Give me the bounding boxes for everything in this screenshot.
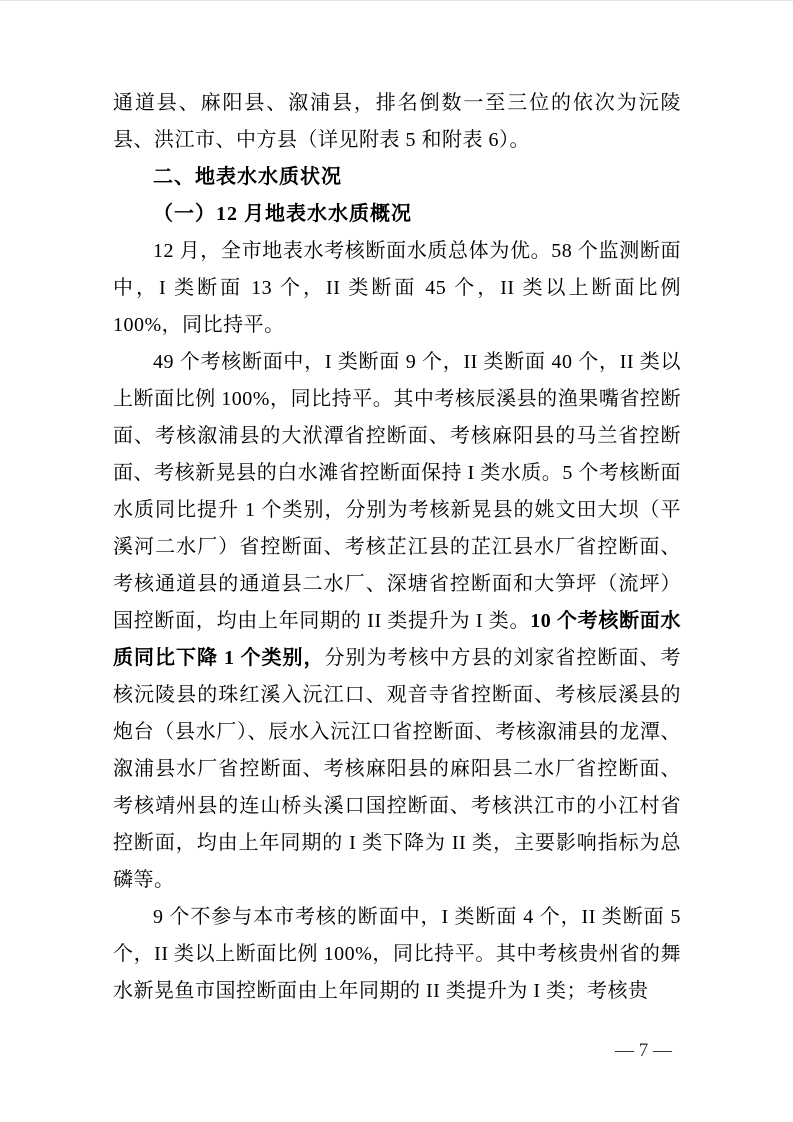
page-footer: — 7 —	[0, 1037, 672, 1065]
text-run: 9 个不参与本市考核的断面中，I 类断面 4 个，II 类断面 5 个，II 类…	[113, 906, 681, 1002]
bold-text-run: 二、地表水水质状况	[153, 166, 342, 188]
text-run: 49 个考核断面中，I 类断面 9 个，II 类断面 40 个，II 类以上断面…	[113, 351, 681, 632]
subsection-heading: （一）12 月地表水水质概况	[113, 196, 681, 233]
text-run: 分别为考核中方县的刘家省控断面、考核沅陵县的珠红溪入沅江口、观音寺省控断面、考核…	[113, 647, 681, 891]
body-paragraph: 12 月，全市地表水考核断面水质总体为优。58 个监测断面中，I 类断面 13 …	[113, 233, 681, 344]
section-heading: 二、地表水水质状况	[113, 159, 681, 196]
body-paragraph: 9 个不参与本市考核的断面中，I 类断面 4 个，II 类断面 5 个，II 类…	[113, 899, 681, 1010]
body-paragraph: 49 个考核断面中，I 类断面 9 个，II 类断面 40 个，II 类以上断面…	[113, 344, 681, 899]
document-page: 通道县、麻阳县、溆浦县，排名倒数一至三位的依次为沅陵县、洪江市、中方县（详见附表…	[0, 0, 793, 1122]
continuation-paragraph: 通道县、麻阳县、溆浦县，排名倒数一至三位的依次为沅陵县、洪江市、中方县（详见附表…	[113, 85, 681, 159]
document-body: 通道县、麻阳县、溆浦县，排名倒数一至三位的依次为沅陵县、洪江市、中方县（详见附表…	[113, 85, 681, 1010]
text-run: 12 月，全市地表水考核断面水质总体为优。58 个监测断面中，I 类断面 13 …	[113, 240, 681, 336]
bold-text-run: （一）12 月地表水水质概况	[153, 203, 412, 225]
text-run: 通道县、麻阳县、溆浦县，排名倒数一至三位的依次为沅陵县、洪江市、中方县（详见附表…	[113, 92, 681, 151]
page-number: — 7 —	[615, 1040, 672, 1061]
